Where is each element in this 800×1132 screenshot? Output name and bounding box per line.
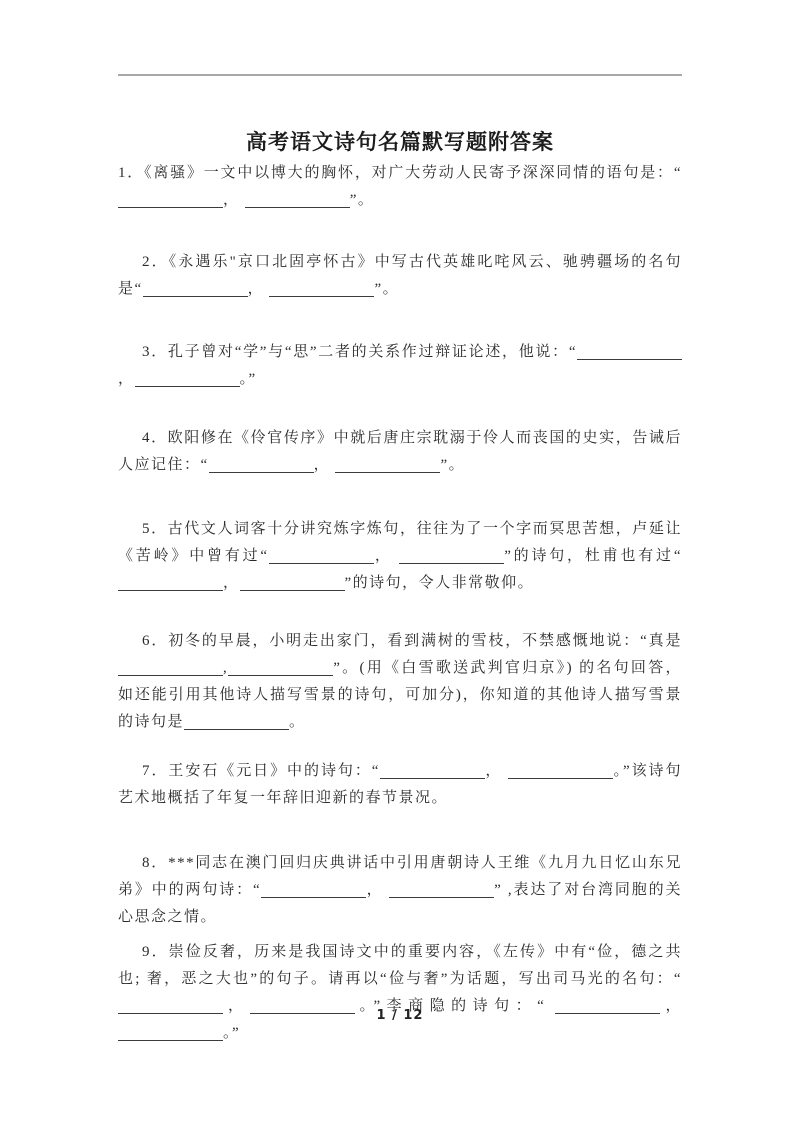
question-text: ， (223, 192, 245, 208)
question-2: 2．《永遇乐"京口北固亭怀古》中写古代英雄叱咤风云、驰骋疆场的名句是“， ”。 (118, 249, 682, 303)
question-text: 1．《离骚》一文中以博大的胸怀，对广大劳动人民寄予深深同情的语句是：“ (118, 165, 682, 181)
answer-blank (399, 548, 504, 564)
page-number: 1 / 12 (0, 1008, 800, 1023)
question-text: ， (248, 281, 270, 297)
question-text: ”的诗句，杜甫也有过“ (504, 548, 682, 564)
answer-blank (184, 714, 289, 730)
question-4: 4．欧阳修在《伶官传序》中就后唐庄宗耽溺于伶人而丧国的史实，告诫后人应记住：“，… (118, 425, 682, 479)
answer-blank (389, 882, 494, 898)
question-text: ”。 (440, 457, 465, 473)
question-text: 3．孔子曾对“学”与“思”二者的关系作过辩证论述，他说：“ (142, 344, 577, 360)
question-7: 7．王安石《元日》中的诗句：“， 。”该诗句艺术地概括了年复一年辞旧迎新的春节景… (118, 758, 682, 812)
answer-blank (118, 575, 223, 591)
answer-blank (118, 660, 223, 676)
question-text: 9．崇俭反奢，历来是我国诗文中的重要内容，《左传》中有“俭，德之共也; 奢，恶之… (118, 944, 682, 987)
document-page: 高考语文诗句名篇默写题附答案 1．《离骚》一文中以博大的胸怀，对广大劳动人民寄予… (0, 0, 800, 1132)
question-text: ”的诗句，令人非常敬仰。 (345, 575, 535, 591)
question-text: ”。 (350, 192, 375, 208)
question-text: 。 (289, 714, 306, 730)
question-text: 。” (223, 1025, 240, 1041)
answer-blank (209, 457, 314, 473)
question-text: ， (485, 763, 508, 779)
question-text: ”。 (374, 281, 399, 297)
question-6: 6．初冬的早晨，小明走出家门，看到满树的雪枝，不禁感慨地说：“真是,”。(用《白… (118, 628, 682, 736)
answer-blank (245, 192, 350, 208)
answer-blank (228, 660, 333, 676)
answer-blank (269, 548, 374, 564)
answer-blank (380, 763, 485, 779)
question-text: ， (118, 371, 135, 387)
answer-blank (143, 281, 248, 297)
question-text: 6．初冬的早晨，小明走出家门，看到满树的雪枝，不禁感慨地说：“真是 (142, 633, 682, 649)
question-text: ， (374, 548, 400, 564)
answer-blank (240, 575, 345, 591)
answer-blank (261, 882, 366, 898)
questions-container: 1．《离骚》一文中以博大的胸怀，对广大劳动人民寄予深深同情的语句是：“， ”。2… (118, 0, 682, 1132)
question-1: 1．《离骚》一文中以博大的胸怀，对广大劳动人民寄予深深同情的语句是：“， ”。 (118, 160, 682, 214)
question-text: 7．王安石《元日》中的诗句：“ (142, 763, 380, 779)
question-text: ， (366, 882, 389, 898)
question-3: 3．孔子曾对“学”与“思”二者的关系作过辩证论述，他说：“，。” (118, 339, 682, 393)
answer-blank (118, 1025, 223, 1041)
question-text: ， (314, 457, 336, 473)
answer-blank (135, 371, 240, 387)
question-text: 。” (240, 371, 257, 387)
question-text: ， (223, 575, 240, 591)
answer-blank (269, 281, 374, 297)
answer-blank (508, 763, 613, 779)
question-9: 9．崇俭反奢，历来是我国诗文中的重要内容，《左传》中有“俭，德之共也; 奢，恶之… (118, 939, 682, 1047)
answer-blank (335, 457, 440, 473)
question-5: 5．古代文人词客十分讲究炼字炼句，往往为了一个字而冥思苦想，卢延让《苦岭》中曾有… (118, 516, 682, 597)
answer-blank (118, 192, 223, 208)
question-8: 8．***同志在澳门回归庆典讲话中引用唐朝诗人王维《九月九日忆山东兄弟》中的两句… (118, 850, 682, 931)
answer-blank (577, 344, 682, 360)
